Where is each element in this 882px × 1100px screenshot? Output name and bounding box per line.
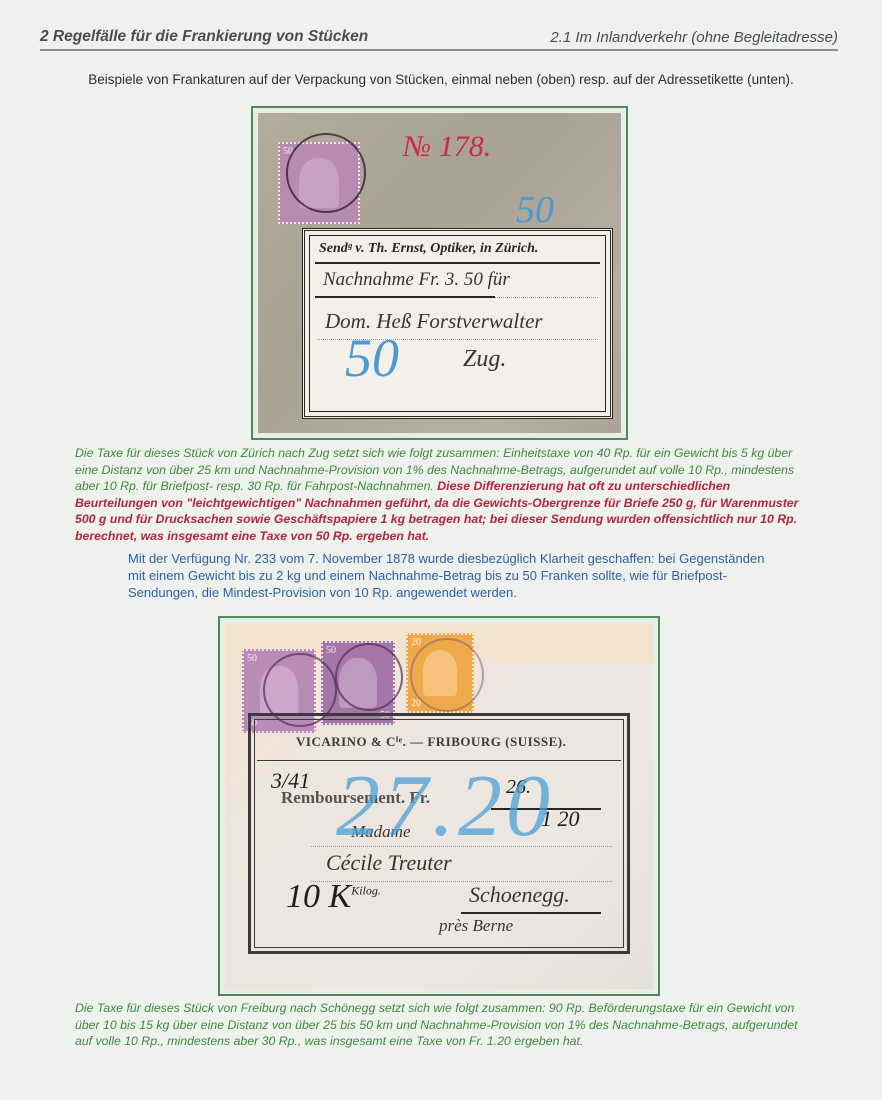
fribourg-postmark-2 [335, 643, 403, 711]
number-mark: № 178. [403, 130, 491, 164]
address-label-ernst: Sendᵍ v. Th. Ernst, Optiker, in Zürich. … [302, 228, 613, 419]
blue-crayon-50-top: 50 [516, 188, 554, 232]
label-heading: VICARINO & Cⁱᵉ. — FRIBOURG (SUISSE). [296, 734, 566, 750]
weight-note: 10 KKilog. [286, 878, 381, 916]
blue-crayon-total: 27.20 [336, 756, 554, 857]
address-label-vicarino: VICARINO & Cⁱᵉ. — FRIBOURG (SUISSE). 3/4… [248, 713, 630, 954]
label-line-3: Zug. [463, 346, 506, 373]
exhibit-frame-2: 50 50 50 50 20 20 VICARINO & Cⁱᵉ. — FRIB… [218, 616, 660, 996]
section-title: 2.1 Im Inlandverkehr (ohne Begleitadress… [550, 29, 838, 49]
caption-freiburg-schoenegg: Die Taxe für dieses Stück von Freiburg n… [75, 1000, 815, 1050]
zurich-postmark [286, 133, 366, 213]
label-line-1: Nachnahme Fr. 3. 50 für [323, 269, 510, 291]
label-heading: Sendᵍ v. Th. Ernst, Optiker, in Zürich. [319, 241, 538, 257]
address-line-3: Schoenegg. [469, 882, 570, 908]
intro-text: Beispiele von Frankaturen auf der Verpac… [0, 72, 882, 87]
page-header: 2 Regelfälle für die Frankierung von Stü… [40, 27, 838, 51]
exhibit-frame-1: 50 № 178. 50 Sendᵍ v. Th. Ernst, Optiker… [251, 106, 628, 440]
parcel-piece-fribourg: 50 50 50 50 20 20 VICARINO & Cⁱᵉ. — FRIB… [225, 623, 653, 989]
address-line-4: près Berne [439, 916, 513, 936]
parcel-piece-zurich: 50 № 178. 50 Sendᵍ v. Th. Ernst, Optiker… [258, 113, 621, 433]
chapter-title: 2 Regelfälle für die Frankierung von Stü… [40, 28, 368, 49]
regulation-note: Mit der Verfügung Nr. 233 vom 7. Novembe… [128, 550, 768, 601]
caption-zurich-zug: Die Taxe für dieses Stück von Zürich nac… [75, 445, 815, 544]
schoenegg-postmark [410, 638, 484, 712]
blue-crayon-50-label: 50 [345, 327, 399, 389]
